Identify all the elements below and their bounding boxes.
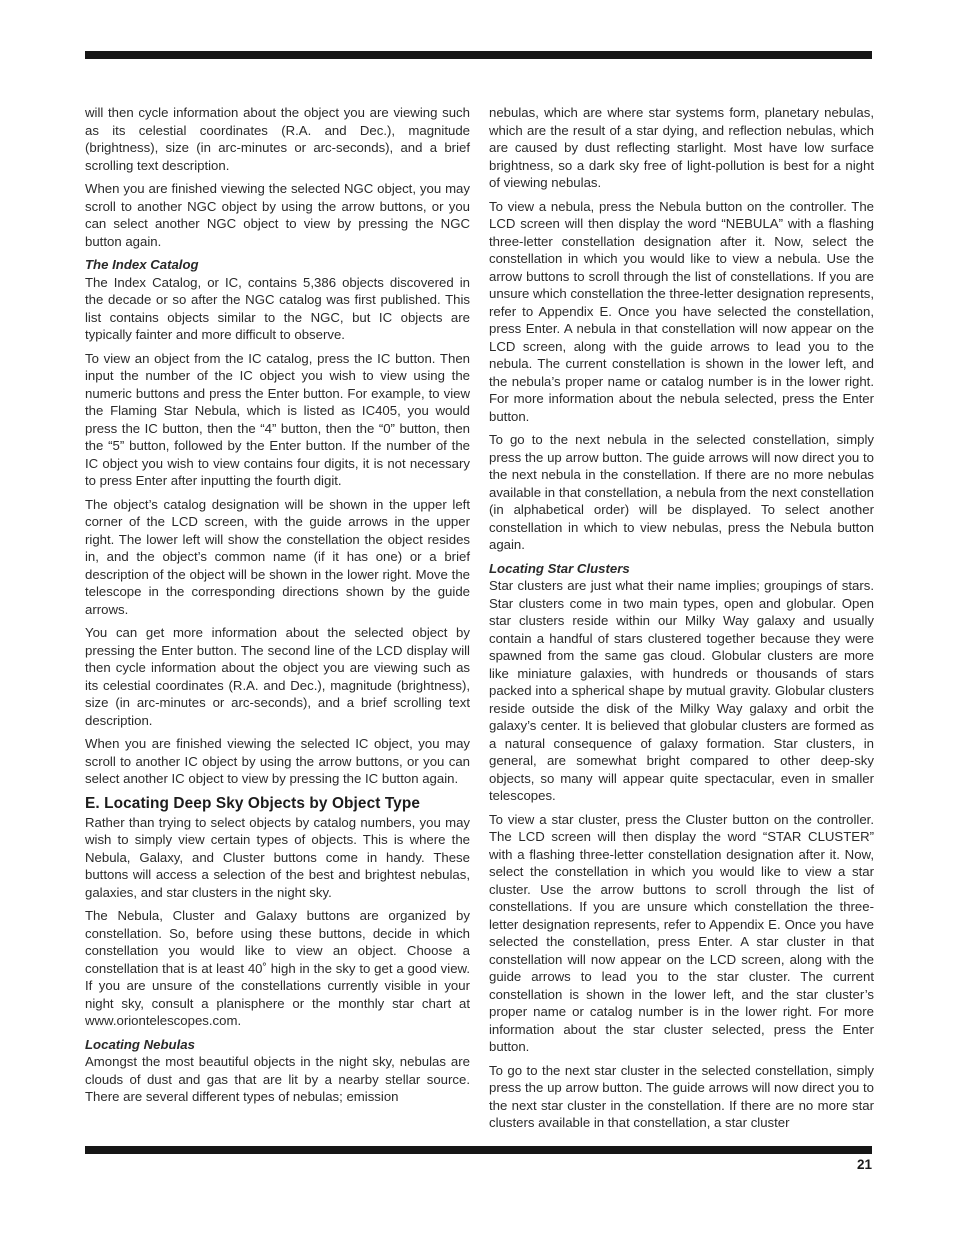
top-rule [85, 51, 872, 59]
paragraph: Amongst the most beautiful objects in th… [85, 1053, 470, 1106]
paragraph: Rather than trying to select objects by … [85, 814, 470, 902]
paragraph: To view a star cluster, press the Cluste… [489, 811, 874, 1056]
paragraph: will then cycle information about the ob… [85, 104, 470, 174]
page-number: 21 [85, 1157, 872, 1172]
page-body: will then cycle information about the ob… [85, 104, 875, 1138]
paragraph: You can get more information about the s… [85, 624, 470, 729]
paragraph: To view an object from the IC catalog, p… [85, 350, 470, 490]
paragraph: The Nebula, Cluster and Galaxy buttons a… [85, 907, 470, 1030]
paragraph: The object’s catalog designation will be… [85, 496, 470, 619]
paragraph: When you are finished viewing the select… [85, 180, 470, 250]
section-heading: The Index Catalog [85, 256, 470, 274]
paragraph: When you are finished viewing the select… [85, 735, 470, 788]
section-heading: Locating Star Clusters [489, 560, 874, 578]
right-column: nebulas, which are where star systems fo… [489, 104, 874, 1138]
paragraph: To go to the next star cluster in the se… [489, 1062, 874, 1132]
section-heading: Locating Nebulas [85, 1036, 470, 1054]
paragraph: To go to the next nebula in the selected… [489, 431, 874, 554]
section-heading: E. Locating Deep Sky Objects by Object T… [85, 794, 470, 813]
paragraph: To view a nebula, press the Nebula butto… [489, 198, 874, 426]
paragraph: The Index Catalog, or IC, contains 5,386… [85, 274, 470, 344]
paragraph: Star clusters are just what their name i… [489, 577, 874, 805]
paragraph: nebulas, which are where star systems fo… [489, 104, 874, 192]
left-column: will then cycle information about the ob… [85, 104, 470, 1138]
bottom-rule [85, 1146, 872, 1154]
